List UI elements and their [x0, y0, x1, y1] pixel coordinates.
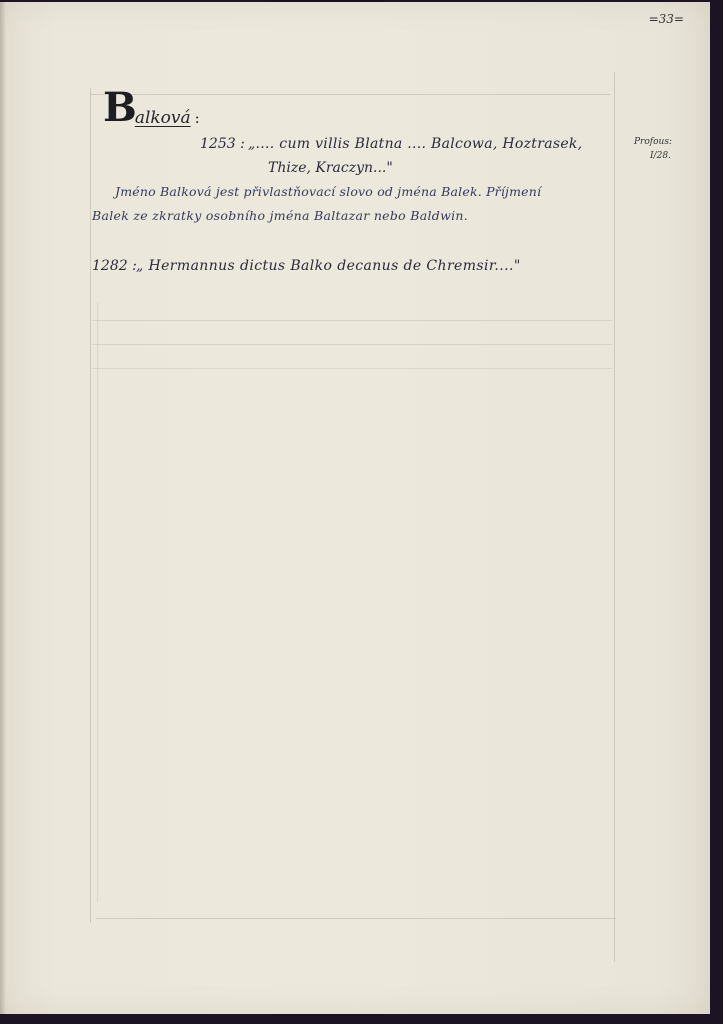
explanation-line2: Balek ze zkratky osobního jména Baltazar…	[92, 208, 468, 223]
margin-note: Profous: I/28.	[634, 135, 672, 163]
citation-quote-line1: „.... cum villis Blatna .... Balcowa, Ho…	[248, 136, 582, 152]
manuscript-page: =33= Balková: 1253 : „.... cum villis Bl…	[0, 2, 710, 1014]
heading-rest: alková	[135, 108, 191, 128]
heading-initial: B	[103, 84, 135, 131]
citation2-year: 1282 :	[92, 258, 137, 274]
margin-note-reference: I/28.	[634, 149, 672, 163]
entry-heading: Balková:	[103, 88, 200, 128]
bottom-rule	[96, 918, 616, 919]
margin-note-label: Profous:	[634, 137, 672, 147]
citation-quote-line2: Thize, Kraczyn..."	[268, 160, 393, 176]
inner-left-rule	[97, 302, 98, 902]
ruled-line	[92, 320, 612, 321]
page-number: =33=	[649, 12, 684, 26]
citation-year: 1253 :	[200, 136, 245, 152]
explanation-line1: Jméno Balková jest přivlastňovací slovo …	[115, 184, 541, 199]
left-margin-rule	[90, 88, 91, 923]
ruled-line	[92, 368, 612, 369]
ruled-line	[92, 344, 612, 345]
citation2-quote: „ Hermannus dictus Balko decanus de Chre…	[136, 258, 521, 274]
page-edge-shadow	[0, 2, 6, 1014]
heading-colon: :	[195, 109, 200, 127]
right-margin-rule	[614, 72, 615, 962]
